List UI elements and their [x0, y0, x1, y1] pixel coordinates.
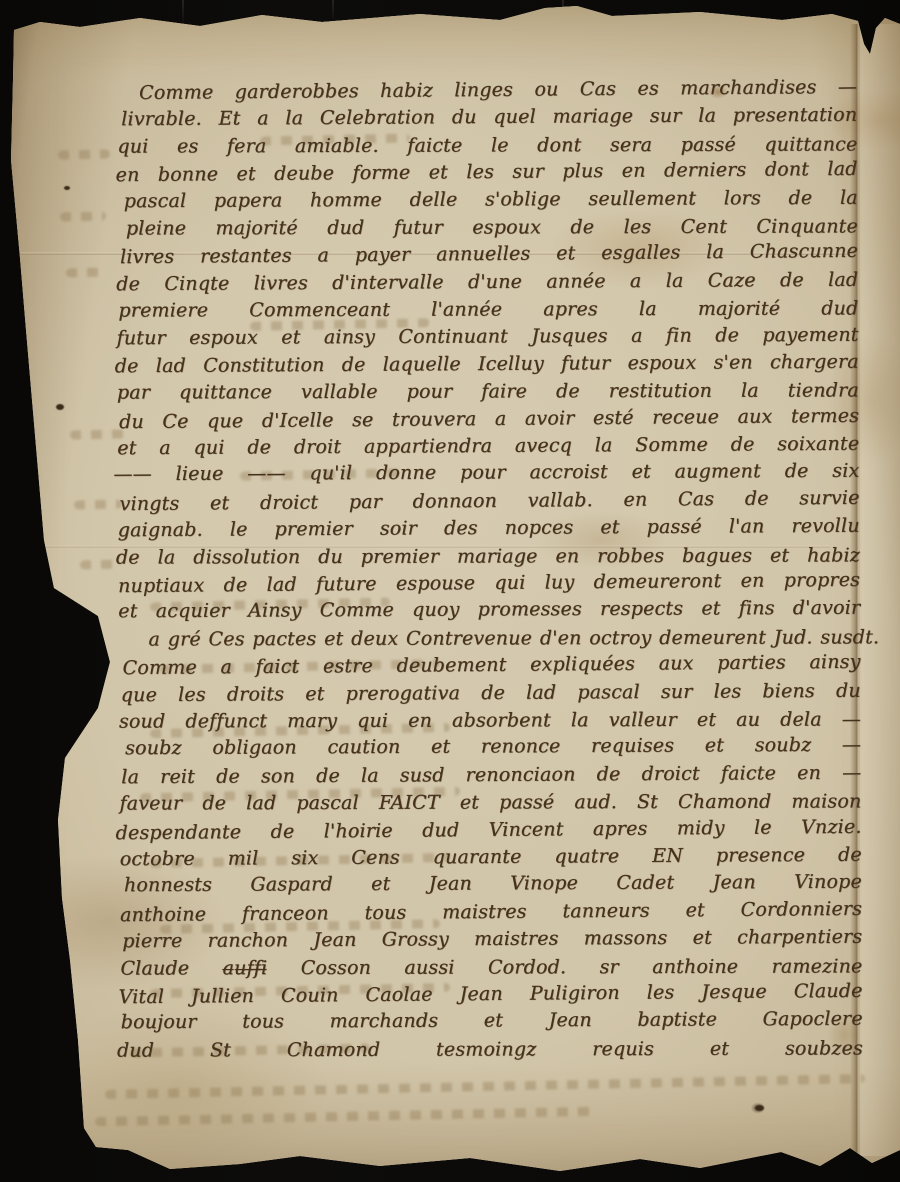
bleedthrough-mark: [60, 212, 106, 222]
manuscript-line: gaignab. le premier soir des nopces et p…: [118, 513, 860, 545]
manuscript-line: boujour tous marchands et Jean baptiste …: [121, 1006, 863, 1037]
bleedthrough-mark: [74, 499, 122, 509]
manuscript-line: honnests Gaspard et Jean Vinope Cadet Je…: [124, 869, 862, 900]
manuscript-line: pascal papera homme delle s'oblige seull…: [124, 184, 858, 215]
manuscript-line: pierre ranchon Jean Grossy maistres mass…: [122, 924, 862, 956]
manuscript-line: soubz obligaon caution et renonce requis…: [125, 732, 861, 763]
manuscript-line: faveur de lad pascal FAICT et passé aud.…: [119, 789, 861, 819]
backdrop-streak: [182, 0, 184, 26]
manuscript-line: que les droits et prerogativa de lad pas…: [121, 677, 861, 709]
backdrop-streak: [332, 0, 334, 22]
bleedthrough-mark: [58, 149, 110, 159]
manuscript-line: et acquier Ainsy Comme quoy promesses re…: [118, 595, 860, 626]
ink-speck: [64, 186, 70, 190]
manuscript-text-block: Comme garderobbes habiz linges ou Cas es…: [115, 75, 863, 1066]
ink-speck: [755, 1105, 764, 1111]
manuscript-line: dud St Chamond tesmoingz requis et soubz…: [117, 1035, 863, 1065]
manuscript-line: la reit de son de la susd renonciaon de …: [121, 759, 861, 791]
manuscript-line: de Cinqte livres d'intervalle d'une anné…: [116, 266, 858, 298]
manuscript-line: futur espoux et ainsy Continuant Jusques…: [117, 321, 859, 352]
bleedthrough-mark: [66, 268, 106, 278]
photo-backdrop: Comme garderobbes habiz linges ou Cas es…: [0, 0, 900, 1182]
manuscript-line: livrable. Et a la Celebration du quel ma…: [121, 102, 857, 134]
manuscript-line: du Ce que d'Icelle se trouvera a avoir e…: [119, 403, 859, 437]
bleedthrough-mark: [95, 1107, 595, 1126]
manuscript-line: despendante de l'hoirie dud Vincent apre…: [115, 813, 861, 847]
page-fold-margin: [860, 24, 900, 1156]
bleedthrough-mark: [105, 1074, 865, 1099]
ink-speck: [56, 404, 64, 410]
manuscript-line: premiere Commenceant l'année apres la ma…: [118, 296, 858, 326]
manuscript-page: Comme garderobbes habiz linges ou Cas es…: [0, 0, 900, 1182]
manuscript-line: de lad Constitution de laquelle Icelluy …: [115, 349, 859, 381]
manuscript-line: —— lieue —— qu'il donne pour accroist et…: [113, 458, 859, 489]
